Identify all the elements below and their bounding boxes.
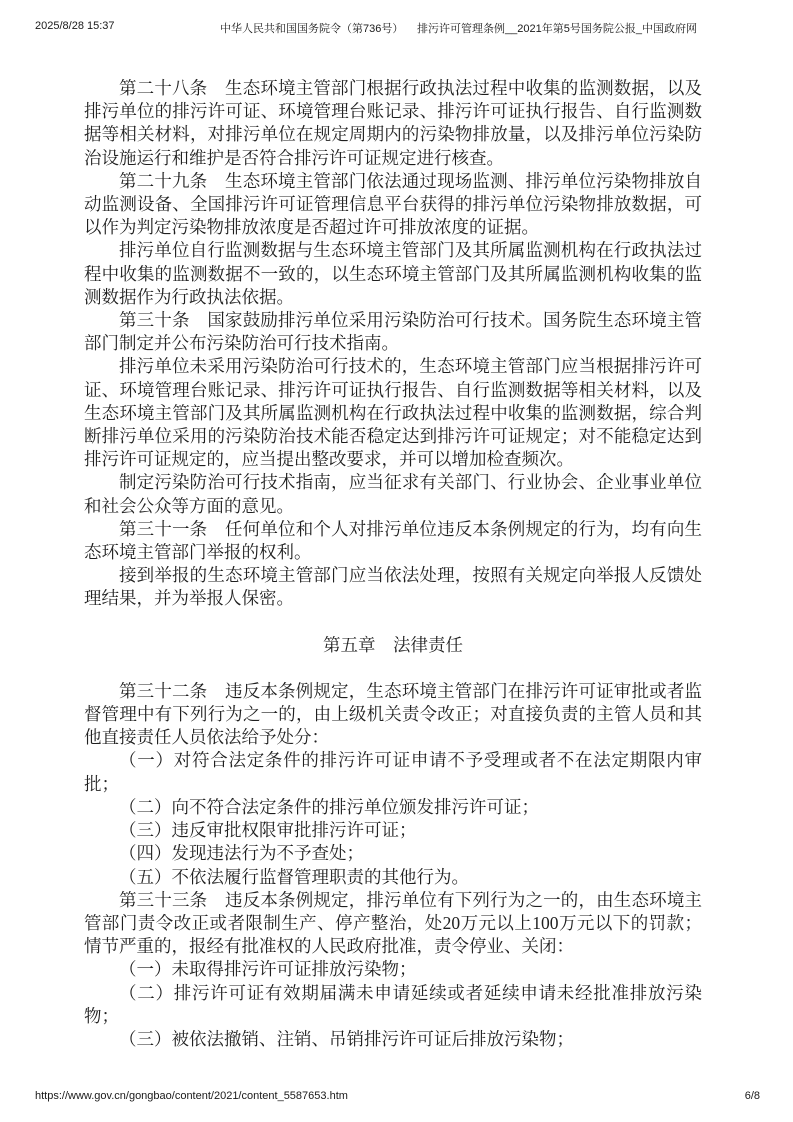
print-page-number: 6/8 xyxy=(745,1090,760,1102)
p-article-33-item-3: （三）被依法撤销、注销、吊销排污许可证后排放污染物； xyxy=(84,1028,702,1051)
print-header: 2025/8/28 15:37 中华人民共和国国务院令（第736号） 排污许可管… xyxy=(0,20,793,34)
print-header-page-title: 排污许可管理条例__2021年第5号国务院公报_中国政府网 xyxy=(417,20,697,36)
p-article-28: 第二十八条 生态环境主管部门根据行政执法过程中收集的监测数据，以及排污单位的排污… xyxy=(84,77,702,170)
p-article-33: 第三十三条 违反本条例规定，排污单位有下列行为之一的，由生态环境主管部门责令改正… xyxy=(84,889,702,959)
p-article-32: 第三十二条 违反本条例规定，生态环境主管部门在排污许可证审批或者监督管理中有下列… xyxy=(84,680,702,750)
print-datetime: 2025/8/28 15:37 xyxy=(35,20,115,32)
print-footer-url: https://www.gov.cn/gongbao/content/2021/… xyxy=(35,1090,348,1102)
print-header-doc-title: 中华人民共和国国务院令（第736号） xyxy=(220,20,403,36)
p-article-33-item-1: （一）未取得排污许可证排放污染物； xyxy=(84,958,702,981)
p-article-33-item-2: （二）排污许可证有效期届满未申请延续或者延续申请未经批准排放污染物； xyxy=(84,982,702,1028)
document-body: 第二十八条 生态环境主管部门根据行政执法过程中收集的监测数据，以及排污单位的排污… xyxy=(84,77,702,1051)
p-article-29-para2: 排污单位自行监测数据与生态环境主管部门及其所属监测机构在行政执法过程中收集的监测… xyxy=(84,239,702,309)
printed-document-page: 2025/8/28 15:37 中华人民共和国国务院令（第736号） 排污许可管… xyxy=(0,0,793,1122)
chapter-5-heading: 第五章 法律责任 xyxy=(84,634,702,657)
print-footer: https://www.gov.cn/gongbao/content/2021/… xyxy=(0,1090,793,1104)
p-article-32-item-2: （二）向不符合法定条件的排污单位颁发排污许可证； xyxy=(84,796,702,819)
p-article-30: 第三十条 国家鼓励排污单位采用污染防治可行技术。国务院生态环境主管部门制定并公布… xyxy=(84,309,702,355)
p-article-31-para2: 接到举报的生态环境主管部门应当依法处理，按照有关规定向举报人反馈处理结果，并为举… xyxy=(84,564,702,610)
p-article-29: 第二十九条 生态环境主管部门依法通过现场监测、排污单位污染物排放自动监测设备、全… xyxy=(84,170,702,240)
p-article-30-para2: 排污单位未采用污染防治可行技术的，生态环境主管部门应当根据排污许可证、环境管理台… xyxy=(84,355,702,471)
p-article-31: 第三十一条 任何单位和个人对排污单位违反本条例规定的行为，均有向生态环境主管部门… xyxy=(84,518,702,564)
p-article-32-item-4: （四）发现违法行为不予查处； xyxy=(84,842,702,865)
p-article-32-item-1: （一）对符合法定条件的排污许可证申请不予受理或者不在法定期限内审批； xyxy=(84,749,702,795)
p-article-30-para3: 制定污染防治可行技术指南，应当征求有关部门、行业协会、企业事业单位和社会公众等方… xyxy=(84,471,702,517)
p-article-32-item-3: （三）违反审批权限审批排污许可证； xyxy=(84,819,702,842)
p-article-32-item-5: （五）不依法履行监督管理职责的其他行为。 xyxy=(84,866,702,889)
